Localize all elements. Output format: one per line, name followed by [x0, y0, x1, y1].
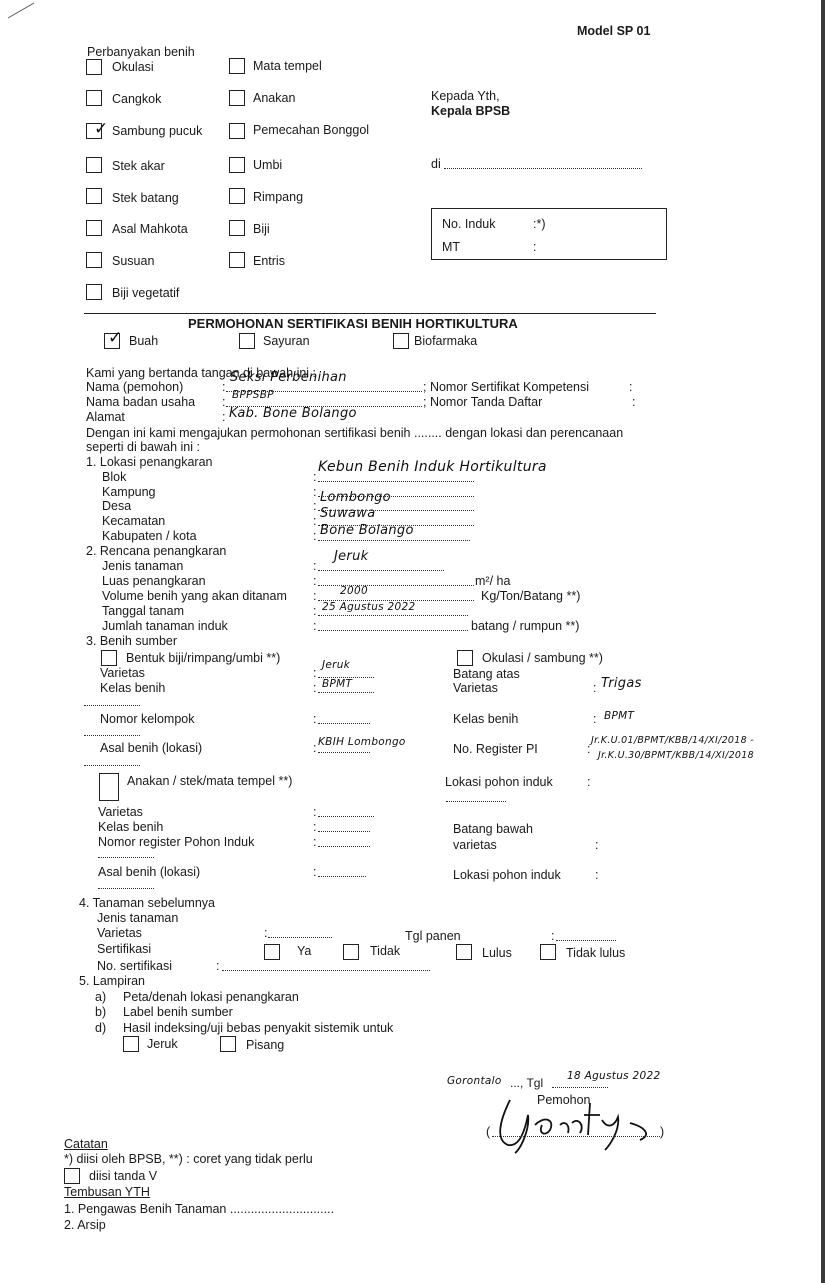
lampiran-item-d: Hasil indeksing/uji bebas penyakit siste…: [123, 1021, 393, 1035]
checkbox-okulasi[interactable]: [86, 59, 102, 75]
section2-title: 2. Rencana penangkaran: [86, 544, 226, 558]
asal-a-field[interactable]: [318, 752, 370, 753]
batang-atas-label: Batang atas: [453, 667, 520, 681]
desa-label: Desa: [102, 499, 131, 513]
signature-close-paren: ): [660, 1125, 664, 1139]
checkbox-umbi[interactable]: [229, 157, 245, 173]
nama-pemohon-label: Nama (pemohon): [86, 380, 183, 394]
jumlah-induk-field[interactable]: [318, 630, 468, 631]
kelas-a-label: Kelas benih: [100, 681, 165, 695]
recipient-location-field[interactable]: [444, 168, 642, 169]
colon: :: [313, 574, 316, 588]
kelas-r-value: BPMT: [604, 709, 634, 723]
jumlah-induk-unit: batang / rumpun **): [471, 619, 579, 633]
checkbox-bentuk-biji[interactable]: [101, 650, 117, 666]
register-pi-value-1: Jr.K.U.01/BPMT/KBB/14/XI/2018 -: [591, 734, 754, 748]
checkbox-tidak-lulus[interactable]: [540, 944, 556, 960]
check-mark-icon: ✓: [108, 330, 122, 346]
nama-pemohon-value: Seksi Perbenihan: [230, 371, 347, 385]
colon: :: [313, 604, 316, 618]
asal-a-label: Asal benih (lokasi): [100, 741, 202, 755]
checkbox-pemecahan-bonggol[interactable]: [229, 123, 245, 139]
label-cangkok: Cangkok: [112, 92, 161, 106]
mt-label: MT: [442, 240, 460, 254]
volume-unit: Kg/Ton/Batang **): [481, 589, 580, 603]
notes-line-2: diisi tanda V: [89, 1169, 157, 1183]
colon: :: [313, 499, 316, 513]
section5-title: 5. Lampiran: [79, 974, 145, 988]
checkbox-biofarmaka[interactable]: [393, 333, 409, 349]
label-lulus: Lulus: [482, 946, 512, 960]
colon: :: [587, 742, 590, 756]
statement-line-2: seperti di bawah ini :: [86, 440, 200, 454]
kelas-b-field[interactable]: [318, 831, 370, 832]
colon: :: [313, 514, 316, 528]
bawah-varietas-label: varietas: [453, 838, 497, 852]
colon: :: [264, 926, 267, 940]
mt-value: :: [533, 240, 536, 254]
checkbox-ya[interactable]: [264, 944, 280, 960]
filler-dots: [84, 705, 140, 706]
tanggal-tanam-label: Tanggal tanam: [102, 604, 184, 618]
colon: :: [313, 666, 316, 680]
colon: :: [313, 712, 316, 726]
filler-dots: [98, 857, 154, 858]
jenis-tanaman-label: Jenis tanaman: [102, 559, 183, 573]
alamat-label: Alamat: [86, 410, 125, 424]
signature-name-field[interactable]: [492, 1136, 660, 1137]
sertifikasi-label: Sertifikasi: [97, 942, 151, 956]
legend-checkbox: [64, 1168, 80, 1184]
colon: :: [313, 681, 316, 695]
form-title: PERMOHONAN SERTIFIKASI BENIH HORTIKULTUR…: [188, 317, 518, 331]
label-okulasi-sambung: Okulasi / sambung **): [482, 651, 603, 665]
recipient-greeting: Kepada Yth,: [431, 89, 500, 103]
kelas-r-label: Kelas benih: [453, 712, 518, 726]
colon: :: [313, 835, 316, 849]
colon: :: [595, 868, 598, 882]
checkbox-asal-mahkota[interactable]: [86, 220, 102, 236]
kelas-a-field[interactable]: [318, 692, 374, 693]
signature-place: Gorontalo: [447, 1074, 502, 1088]
checkbox-entris[interactable]: [229, 252, 245, 268]
checkbox-biji-vegetatif[interactable]: [86, 284, 102, 300]
label-susuan: Susuan: [112, 254, 154, 268]
checkbox-susuan[interactable]: [86, 252, 102, 268]
label-biji-vegetatif: Biji vegetatif: [112, 286, 179, 300]
section4-title: 4. Tanaman sebelumnya: [79, 896, 215, 910]
varietas-r-value: Trigas: [601, 677, 642, 691]
cc-item-2: 2. Arsip: [64, 1218, 106, 1232]
label-rimpang: Rimpang: [253, 190, 303, 204]
colon: :: [313, 805, 316, 819]
notes-title: Catatan: [64, 1137, 108, 1151]
lokasi-induk-field[interactable]: [446, 801, 506, 802]
label-ya: Ya: [297, 944, 311, 958]
label-anakan-stek: Anakan / stek/mata tempel **): [127, 774, 292, 788]
volume-label: Volume benih yang akan ditanam: [102, 589, 287, 603]
kampung-label: Kampung: [102, 485, 156, 499]
colon: :: [313, 589, 316, 603]
section3-title: 3. Benih sumber: [86, 634, 177, 648]
checkbox-anakan-stek[interactable]: [99, 773, 119, 801]
kabupaten-value: Bone Bolango: [320, 524, 414, 538]
checkbox-okulasi-sambung[interactable]: [457, 650, 473, 666]
blok-value: Kebun Benih Induk Hortikultura: [318, 460, 547, 474]
no-sertifikasi-field[interactable]: [222, 970, 430, 971]
label-bentuk-biji: Bentuk biji/rimpang/umbi **): [126, 651, 280, 665]
label-buah: Buah: [129, 334, 158, 348]
colon: :: [593, 712, 596, 726]
lampiran-item-b: Label benih sumber: [123, 1005, 233, 1019]
checkbox-biji[interactable]: [229, 220, 245, 236]
kecamatan-value: Suwawa: [320, 507, 376, 521]
colon: :: [216, 959, 219, 973]
lampiran-item-a: Peta/denah lokasi penangkaran: [123, 990, 299, 1004]
notes-line-1: *) diisi oleh BPSB, **) : coret yang tid…: [64, 1152, 313, 1166]
badan-usaha-value: BPPSBP: [232, 388, 274, 402]
checkbox-sayuran[interactable]: [239, 333, 255, 349]
batang-bawah-label: Batang bawah: [453, 822, 533, 836]
label-stek-batang: Stek batang: [112, 191, 179, 205]
no-sertifikasi-label: No. sertifikasi: [97, 959, 172, 973]
varietas-b-field[interactable]: [318, 816, 374, 817]
checkbox-cangkok[interactable]: [86, 90, 102, 106]
kabupaten-field[interactable]: [318, 540, 470, 541]
colon: :: [222, 395, 225, 409]
colon: :: [313, 529, 316, 543]
label-biji: Biji: [253, 222, 270, 236]
checkbox-stek-batang[interactable]: [86, 188, 102, 204]
kelas-a-value: BPMT: [322, 677, 352, 691]
label-tidak: Tidak: [370, 944, 400, 958]
label-tidak-lulus: Tidak lulus: [566, 946, 625, 960]
label-asal-mahkota: Asal Mahkota: [112, 222, 188, 236]
checkbox-tidak[interactable]: [343, 944, 359, 960]
blok-label: Blok: [102, 470, 126, 484]
page-edge-shadow: [821, 0, 825, 1283]
kelompok-field[interactable]: [318, 723, 370, 724]
luas-label: Luas penangkaran: [102, 574, 206, 588]
colon: :: [551, 929, 554, 943]
colon: :: [313, 559, 316, 573]
office-use-box: [431, 208, 667, 260]
signature-scribble: [480, 1095, 690, 1155]
label-stek-akar: Stek akar: [112, 159, 165, 173]
varietas-b-label: Varietas: [98, 805, 143, 819]
jumlah-induk-label: Jumlah tanaman induk: [102, 619, 228, 633]
recipient-location-label: di: [431, 157, 441, 171]
register-b-label: Nomor register Pohon Induk: [98, 835, 254, 849]
label-anakan: Anakan: [253, 91, 295, 105]
kabupaten-label: Kabupaten / kota: [102, 529, 197, 543]
filler-dots: [84, 735, 140, 736]
luas-unit: m²/ ha: [475, 574, 510, 588]
asal-b-label: Asal benih (lokasi): [98, 865, 200, 879]
label-umbi: Umbi: [253, 158, 282, 172]
label-sayuran: Sayuran: [263, 334, 310, 348]
prev-varietas-label: Varietas: [97, 926, 142, 940]
tanggal-tanam-field[interactable]: [318, 615, 468, 616]
signature-open-paren: (: [486, 1125, 490, 1139]
volume-value: 2000: [340, 584, 368, 598]
filler-dots: [98, 888, 154, 889]
label-mata-tempel: Mata tempel: [253, 59, 322, 73]
lampiran-marker-d: d): [95, 1021, 106, 1035]
varietas-r-label: Varietas: [453, 681, 498, 695]
signature-date-field[interactable]: [552, 1087, 608, 1088]
kecamatan-label: Kecamatan: [102, 514, 165, 528]
blok-field[interactable]: [318, 481, 474, 482]
cc-title: Tembusan YTH: [64, 1185, 150, 1199]
label-okulasi: Okulasi: [112, 60, 154, 74]
register-b-field[interactable]: [318, 846, 370, 847]
colon: :: [313, 619, 316, 633]
pen-mark: [8, 3, 34, 19]
tanda-daftar-value: :: [632, 395, 635, 409]
tgl-panen-field[interactable]: [556, 940, 616, 941]
signature-date: 18 Agustus 2022: [567, 1069, 660, 1083]
varietas-a-label: Varietas: [100, 666, 145, 680]
desa-value: Lombongo: [320, 491, 391, 505]
no-induk-value: :*): [533, 217, 546, 231]
asal-b-field[interactable]: [318, 876, 366, 877]
jenis-tanaman-field[interactable]: [318, 570, 444, 571]
lampiran-marker-a: a): [95, 990, 106, 1004]
section1-title: 1. Lokasi penangkaran: [86, 455, 212, 469]
checkbox-anakan[interactable]: [229, 90, 245, 106]
badan-usaha-label: Nama badan usaha: [86, 395, 195, 409]
sertifikat-kompetensi-label: ; Nomor Sertifikat Kompetensi: [423, 380, 589, 394]
colon: :: [593, 681, 596, 695]
colon: :: [587, 775, 590, 789]
prev-jenis-label: Jenis tanaman: [97, 911, 178, 925]
propagation-title: Perbanyakan benih: [87, 45, 195, 59]
register-pi-value-2: Jr.K.U.30/BPMT/KBB/14/XI/2018: [598, 749, 754, 763]
colon: :: [595, 838, 598, 852]
statement-line-1: Dengan ini kami mengajukan permohonan se…: [86, 426, 623, 440]
signature-tgl-label: ..., Tgl: [510, 1076, 543, 1090]
cc-item-1: 1. Pengawas Benih Tanaman ..............…: [64, 1202, 334, 1216]
checkbox-jeruk[interactable]: [123, 1036, 139, 1052]
tanggal-tanam-value: 25 Agustus 2022: [322, 600, 415, 614]
tgl-panen-label: Tgl panen: [405, 929, 461, 943]
colon: :: [313, 820, 316, 834]
colon: :: [313, 470, 316, 484]
label-jeruk: Jeruk: [147, 1037, 178, 1051]
label-biofarmaka: Biofarmaka: [414, 334, 477, 348]
filler-dots: [84, 765, 140, 766]
colon: :: [313, 865, 316, 879]
model-code: Model SP 01: [577, 24, 650, 38]
jenis-tanaman-value: Jeruk: [334, 550, 368, 564]
lampiran-marker-b: b): [95, 1005, 106, 1019]
label-pemecahan-bonggol: Pemecahan Bonggol: [253, 123, 369, 137]
colon: :: [222, 410, 225, 424]
colon: :: [313, 741, 316, 755]
kelas-b-label: Kelas benih: [98, 820, 163, 834]
label-entris: Entris: [253, 254, 285, 268]
tanda-daftar-label: ; Nomor Tanda Daftar: [423, 395, 542, 409]
checkbox-mata-tempel[interactable]: [229, 58, 245, 74]
colon: :: [313, 485, 316, 499]
no-induk-label: No. Induk: [442, 217, 496, 231]
recipient-name: Kepala BPSB: [431, 104, 510, 118]
prev-varietas-field[interactable]: [268, 937, 332, 938]
register-pi-label: No. Register PI: [453, 742, 538, 756]
label-sambung-pucuk: Sambung pucuk: [112, 124, 202, 138]
section-divider: [84, 313, 656, 314]
checkbox-lulus[interactable]: [456, 944, 472, 960]
varietas-a-value: Jeruk: [322, 658, 350, 672]
sertifikat-kompetensi-value: :: [629, 380, 632, 394]
checkbox-pisang[interactable]: [220, 1036, 236, 1052]
checkbox-stek-akar[interactable]: [86, 157, 102, 173]
colon: :: [222, 380, 225, 394]
alamat-value: Kab. Bone Bolango: [229, 407, 357, 421]
check-mark-icon: ✓: [94, 121, 108, 137]
asal-a-value: KBIH Lombongo: [318, 735, 406, 749]
lokasi-induk-label: Lokasi pohon induk: [445, 775, 553, 789]
kelompok-label: Nomor kelompok: [100, 712, 194, 726]
label-pisang: Pisang: [246, 1038, 284, 1052]
lokasi-induk2-label: Lokasi pohon induk: [453, 868, 561, 882]
checkbox-rimpang[interactable]: [229, 188, 245, 204]
